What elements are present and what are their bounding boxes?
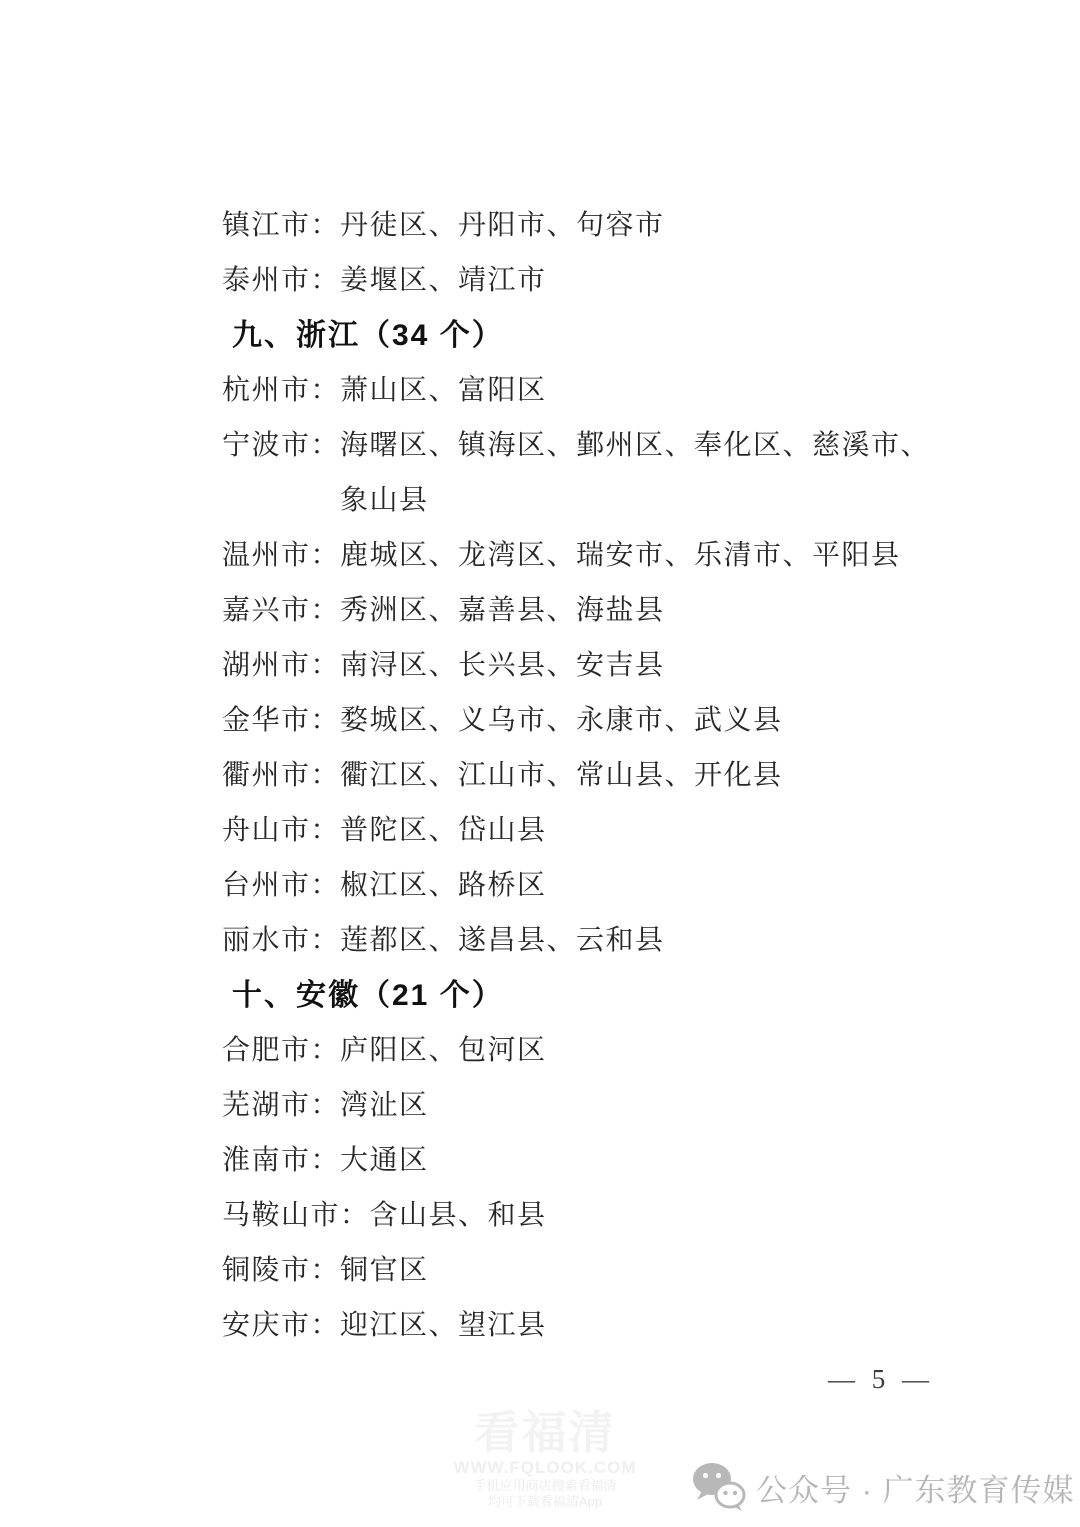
city-label: 嘉兴市： <box>222 595 340 626</box>
city-label: 泰州市： <box>222 265 340 296</box>
watermark: 看福清 WWW.FQLOOK.COM 手机应用商店搜索看福清 均可下载看福清Ap… <box>440 1408 650 1510</box>
city-label: 安庆市： <box>222 1310 340 1341</box>
district-list: 湾沚区 <box>340 1090 429 1121</box>
district-list: 莲都区、遂昌县、云和县 <box>340 925 665 956</box>
city-label: 台州市： <box>222 870 340 901</box>
district-list: 迎江区、望江县 <box>340 1310 547 1341</box>
city-label: 宁波市： <box>222 430 340 461</box>
city-entry: 丽水市：莲都区、遂昌县、云和县 <box>222 913 940 968</box>
city-entry: 宁波市：海曙区、镇海区、鄞州区、奉化区、慈溪市、象山县 <box>222 418 940 528</box>
district-list: 丹徒区、丹阳市、句容市 <box>340 210 665 241</box>
watermark-url: WWW.FQLOOK.COM <box>440 1458 650 1478</box>
city-label: 杭州市： <box>222 375 340 406</box>
city-entry: 温州市：鹿城区、龙湾区、瑞安市、乐清市、平阳县 <box>222 528 940 583</box>
section-heading: 九、浙江（34 个） <box>222 308 940 363</box>
city-entry: 芜湖市：湾沚区 <box>222 1078 940 1133</box>
district-list: 婺城区、义乌市、永康市、武义县 <box>340 705 783 736</box>
watermark-line2: 均可下载看福清App <box>440 1494 650 1510</box>
city-label: 芜湖市： <box>222 1090 340 1121</box>
page-number: — 5 — <box>828 1364 934 1395</box>
district-list: 萧山区、富阳区 <box>340 375 547 406</box>
city-entry: 台州市：椒江区、路桥区 <box>222 858 940 913</box>
document-page: 镇江市：丹徒区、丹阳市、句容市泰州市：姜堰区、靖江市九、浙江（34 个）杭州市：… <box>0 0 1080 1527</box>
city-label: 丽水市： <box>222 925 340 956</box>
district-list: 椒江区、路桥区 <box>340 870 547 901</box>
city-entry: 淮南市：大通区 <box>222 1133 940 1188</box>
doc-body: 镇江市：丹徒区、丹阳市、句容市泰州市：姜堰区、靖江市九、浙江（34 个）杭州市：… <box>222 198 940 1353</box>
city-label: 淮南市： <box>222 1145 340 1176</box>
wechat-footer: 公众号 · 广东教育传媒 <box>692 1462 1075 1512</box>
city-label: 镇江市： <box>222 210 340 241</box>
district-list: 姜堰区、靖江市 <box>340 265 547 296</box>
city-entry: 马鞍山市：含山县、和县 <box>222 1188 940 1243</box>
watermark-title: 看福清 <box>440 1408 650 1458</box>
city-label: 合肥市： <box>222 1035 340 1066</box>
city-label: 衢州市： <box>222 760 340 791</box>
city-entry: 嘉兴市：秀洲区、嘉善县、海盐县 <box>222 583 940 638</box>
wechat-account-label: 公众号 · 广东教育传媒 <box>756 1465 1075 1510</box>
city-entry: 金华市：婺城区、义乌市、永康市、武义县 <box>222 693 940 748</box>
city-entry: 湖州市：南浔区、长兴县、安吉县 <box>222 638 940 693</box>
city-label: 温州市： <box>222 540 340 571</box>
city-entry: 杭州市：萧山区、富阳区 <box>222 363 940 418</box>
district-list: 含山县、和县 <box>370 1200 547 1231</box>
district-list: 庐阳区、包河区 <box>340 1035 547 1066</box>
wechat-icon <box>692 1462 746 1512</box>
district-list: 海曙区、镇海区、鄞州区、奉化区、慈溪市、象山县 <box>340 430 930 516</box>
district-list: 普陀区、岱山县 <box>340 815 547 846</box>
city-entry: 泰州市：姜堰区、靖江市 <box>222 253 940 308</box>
city-label: 湖州市： <box>222 650 340 681</box>
city-entry: 安庆市：迎江区、望江县 <box>222 1298 940 1353</box>
district-list: 鹿城区、龙湾区、瑞安市、乐清市、平阳县 <box>340 540 901 571</box>
district-list: 秀洲区、嘉善县、海盐县 <box>340 595 665 626</box>
city-label: 马鞍山市： <box>222 1200 370 1231</box>
district-list: 衢江区、江山市、常山县、开化县 <box>340 760 783 791</box>
city-label: 金华市： <box>222 705 340 736</box>
city-label: 舟山市： <box>222 815 340 846</box>
city-entry: 合肥市：庐阳区、包河区 <box>222 1023 940 1078</box>
district-list: 铜官区 <box>340 1255 429 1286</box>
city-entry: 铜陵市：铜官区 <box>222 1243 940 1298</box>
city-label: 铜陵市： <box>222 1255 340 1286</box>
section-heading: 十、安徽（21 个） <box>222 968 940 1023</box>
city-entry: 镇江市：丹徒区、丹阳市、句容市 <box>222 198 940 253</box>
city-entry: 衢州市：衢江区、江山市、常山县、开化县 <box>222 748 940 803</box>
district-list: 大通区 <box>340 1145 429 1176</box>
city-entry: 舟山市：普陀区、岱山县 <box>222 803 940 858</box>
district-list: 南浔区、长兴县、安吉县 <box>340 650 665 681</box>
watermark-line1: 手机应用商店搜索看福清 <box>440 1478 650 1494</box>
